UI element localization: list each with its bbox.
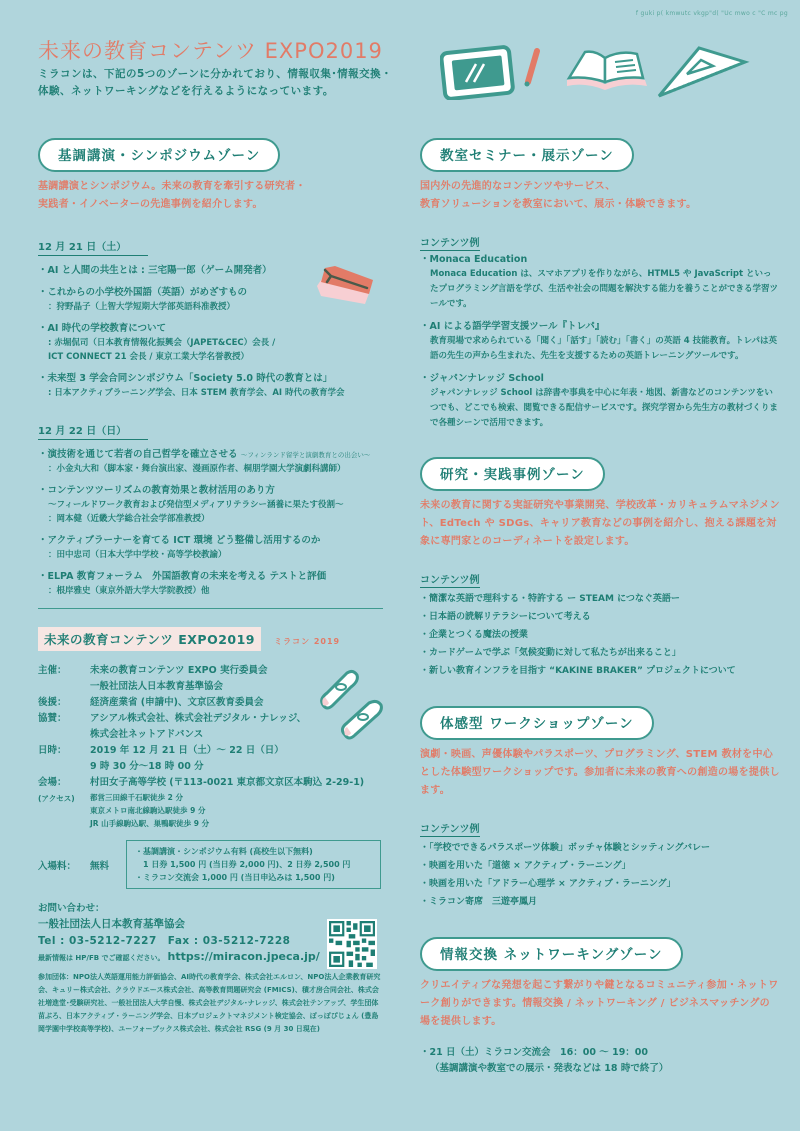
list-item: 「学校でできるパラスポーツ体験」ボッチャ体験とシッティングバレー xyxy=(420,839,780,857)
zone-title-keynote: 基調講演・シンポジウムゾーン xyxy=(38,138,280,172)
admission-fee: 入場料： 無料 ・基調講演・シンポジウム有料 (高校生以下無料) 1 日券 1,… xyxy=(38,840,383,889)
list-item: 映画を用いた「道徳 × アクティブ・ラーニング」 xyxy=(420,857,780,875)
zone-title-networking: 情報交換 ネットワーキングゾーン xyxy=(420,937,683,971)
header: 未来の教育コンテンツ EXPO2019 ミラコンは、下記の5つのゾーンに分かれて… xyxy=(38,38,438,100)
info-row-datetime: 日時： 2019 年 12 月 21 日（土）〜 22 日（日）9 時 30 分… xyxy=(38,743,383,775)
examples-heading: コンテンツ例 xyxy=(420,820,480,837)
file-mark: f guki p( kmwutc vkgp"d( "Uc mwo c "C mc… xyxy=(636,10,788,17)
list-item: 未来型 3 学会合同シンポジウム「Society 5.0 時代の教育とは」 : … xyxy=(38,372,383,400)
zone-classroom: 教室セミナー・展示ゾーン 国内外の先進的なコンテンツやサービス、 教育ソリューシ… xyxy=(420,138,780,431)
list-item: コンテンツツーリズムの教育効果と教材活用のあり方 〜フィールドワーク教育および発… xyxy=(38,484,383,526)
intro-text: ミラコンは、下記の5つのゾーンに分かれており、情報収集･情報交換・ 体験、ネット… xyxy=(38,66,438,100)
talk-list-day2: 演技術を通じて若者の自己哲学を確立させる 〜フィンランド留学と演劇教育との出会い… xyxy=(38,448,383,598)
list-item: 新しい教育インフラを目指す “KAKINE BRAKER” プロジェクトについて xyxy=(420,662,780,680)
list-item: Monaca Education Monaca Education は、スマホア… xyxy=(420,253,780,312)
event-info: 未来の教育コンテンツ EXPO2019 ミラコン 2019 主催： 未来の教育コ… xyxy=(38,627,383,1036)
contact-info: お問い合わせ： 一般社団法人日本教育基準協会 Tel : 03-5212-722… xyxy=(38,901,383,965)
list-item: AI と人間の共生とは : 三宅陽一郎（ゲーム開発者） xyxy=(38,264,383,278)
list-item: アクティブラーナーを育てる ICT 環境 どう整備し活用するのか ：田中忠司（日… xyxy=(38,534,383,562)
list-item: ELPA 教育フォーラム 外国語教育の未来を考える テストと評価 ：根岸雅史（東… xyxy=(38,570,383,598)
open-book-icon xyxy=(565,48,647,90)
website-link[interactable]: https://miracon.jpeca.jp/ xyxy=(168,950,320,963)
date-heading-day1: 12 月 21 日（土） xyxy=(38,238,148,256)
list-item: AI 時代の学校教育について : 赤堀侃司（日本教育情報化振興会（JAPET&C… xyxy=(38,322,383,364)
event-info-title: 未来の教育コンテンツ EXPO2019 xyxy=(38,627,261,651)
list-item: これからの小学校外国語（英語）がめざすもの ：狩野晶子（上智大学短期大学部英語科… xyxy=(38,286,383,314)
tablet-icon xyxy=(440,42,515,100)
section-divider xyxy=(38,608,383,609)
info-row-organizer: 主催： 未来の教育コンテンツ EXPO 実行委員会一般社団法人日本教育基準協会 xyxy=(38,663,383,695)
zone-title-workshop: 体感型 ワークショップゾーン xyxy=(420,706,654,740)
examples-heading: コンテンツ例 xyxy=(420,234,480,251)
fee-details-box: ・基調講演・シンポジウム有料 (高校生以下無料) 1 日券 1,500 円 (当… xyxy=(126,840,381,889)
right-column: 教室セミナー・展示ゾーン 国内外の先進的なコンテンツやサービス、 教育ソリューシ… xyxy=(420,138,780,1103)
info-row-access: (アクセス) 都営三田線千石駅徒歩 2 分東京メトロ南北線駒込駅徒歩 9 分JR… xyxy=(38,791,383,830)
date-heading-day2: 12 月 22 日（日） xyxy=(38,422,148,440)
list-item: AI による語学学習支援ツール『トレパ』 教育現場で求められている「聞く」「話す… xyxy=(420,320,780,364)
zone-title-classroom: 教室セミナー・展示ゾーン xyxy=(420,138,634,172)
zone-title-research: 研究・実践事例ゾーン xyxy=(420,457,605,491)
zone-desc-keynote: 基調講演とシンポジウム。未来の教育を牽引する研究者・ 実践者・イノベーターの先進… xyxy=(38,178,383,214)
list-item: ミラコン寄席 三遊亭鳳月 xyxy=(420,893,780,911)
zone-research: 研究・実践事例ゾーン 未来の教育に関する実証研究や事業開発、学校改革・カリキュラ… xyxy=(420,457,780,680)
examples-heading: コンテンツ例 xyxy=(420,571,480,588)
info-row-venue: 会場： 村田女子高等学校 (〒113-0021 東京都文京区本駒込 2-29-1… xyxy=(38,775,383,791)
participating-organizations: 参加団体：NPO法人英語運用能力評価協会、AI時代の教育学会、株式会社エルロン、… xyxy=(38,971,383,1036)
list-item: カードゲームで学ぶ「気候変動に対して私たちが出来ること」 xyxy=(420,644,780,662)
list-item: 演技術を通じて若者の自己哲学を確立させる 〜フィンランド留学と演劇教育との出会い… xyxy=(38,448,383,476)
list-item: ジャパンナレッジ School ジャパンナレッジ School は辞書や事典を中… xyxy=(420,372,780,431)
left-column: 基調講演・シンポジウムゾーン 基調講演とシンポジウム。未来の教育を牽引する研究者… xyxy=(38,138,383,1036)
pencil-icon xyxy=(522,48,542,88)
list-item: 簡潔な英語で理科する・特許する ー STEAM につなぐ英語ー xyxy=(420,590,780,608)
zone-networking: 情報交換 ネットワーキングゾーン クリエイティブな発想を起こす繋がりや鍵となるコ… xyxy=(420,937,780,1077)
networking-event: ・21 日（土）ミラコン交流会 16：00 〜 19：00 （基調講演や教室での… xyxy=(420,1045,780,1077)
qr-code-icon[interactable] xyxy=(327,919,377,969)
info-row-sponsor: 協賛： アシアル株式会社、株式会社デジタル・ナレッジ、株式会社ネットアドバンス xyxy=(38,711,383,743)
page-title: 未来の教育コンテンツ EXPO2019 xyxy=(38,38,438,64)
list-item: 日本語の読解リテラシーについて考える xyxy=(420,608,780,626)
info-row-support: 後援： 経済産業省 (申請中)、文京区教育委員会 xyxy=(38,695,383,711)
zone-workshop: 体感型 ワークショップゾーン 演劇・映画、声優体験やパラスポーツ、プログラミング… xyxy=(420,706,780,911)
list-item: 映画を用いた「アドラー心理学 × アクティブ・ラーニング」 xyxy=(420,875,780,893)
set-square-icon xyxy=(655,42,750,100)
list-item: 企業とつくる魔法の授業 xyxy=(420,626,780,644)
event-info-table: 主催： 未来の教育コンテンツ EXPO 実行委員会一般社団法人日本教育基準協会 … xyxy=(38,663,383,830)
event-info-subtitle: ミラコン 2019 xyxy=(274,636,340,647)
talk-list-day1: AI と人間の共生とは : 三宅陽一郎（ゲーム開発者） これからの小学校外国語（… xyxy=(38,264,383,400)
